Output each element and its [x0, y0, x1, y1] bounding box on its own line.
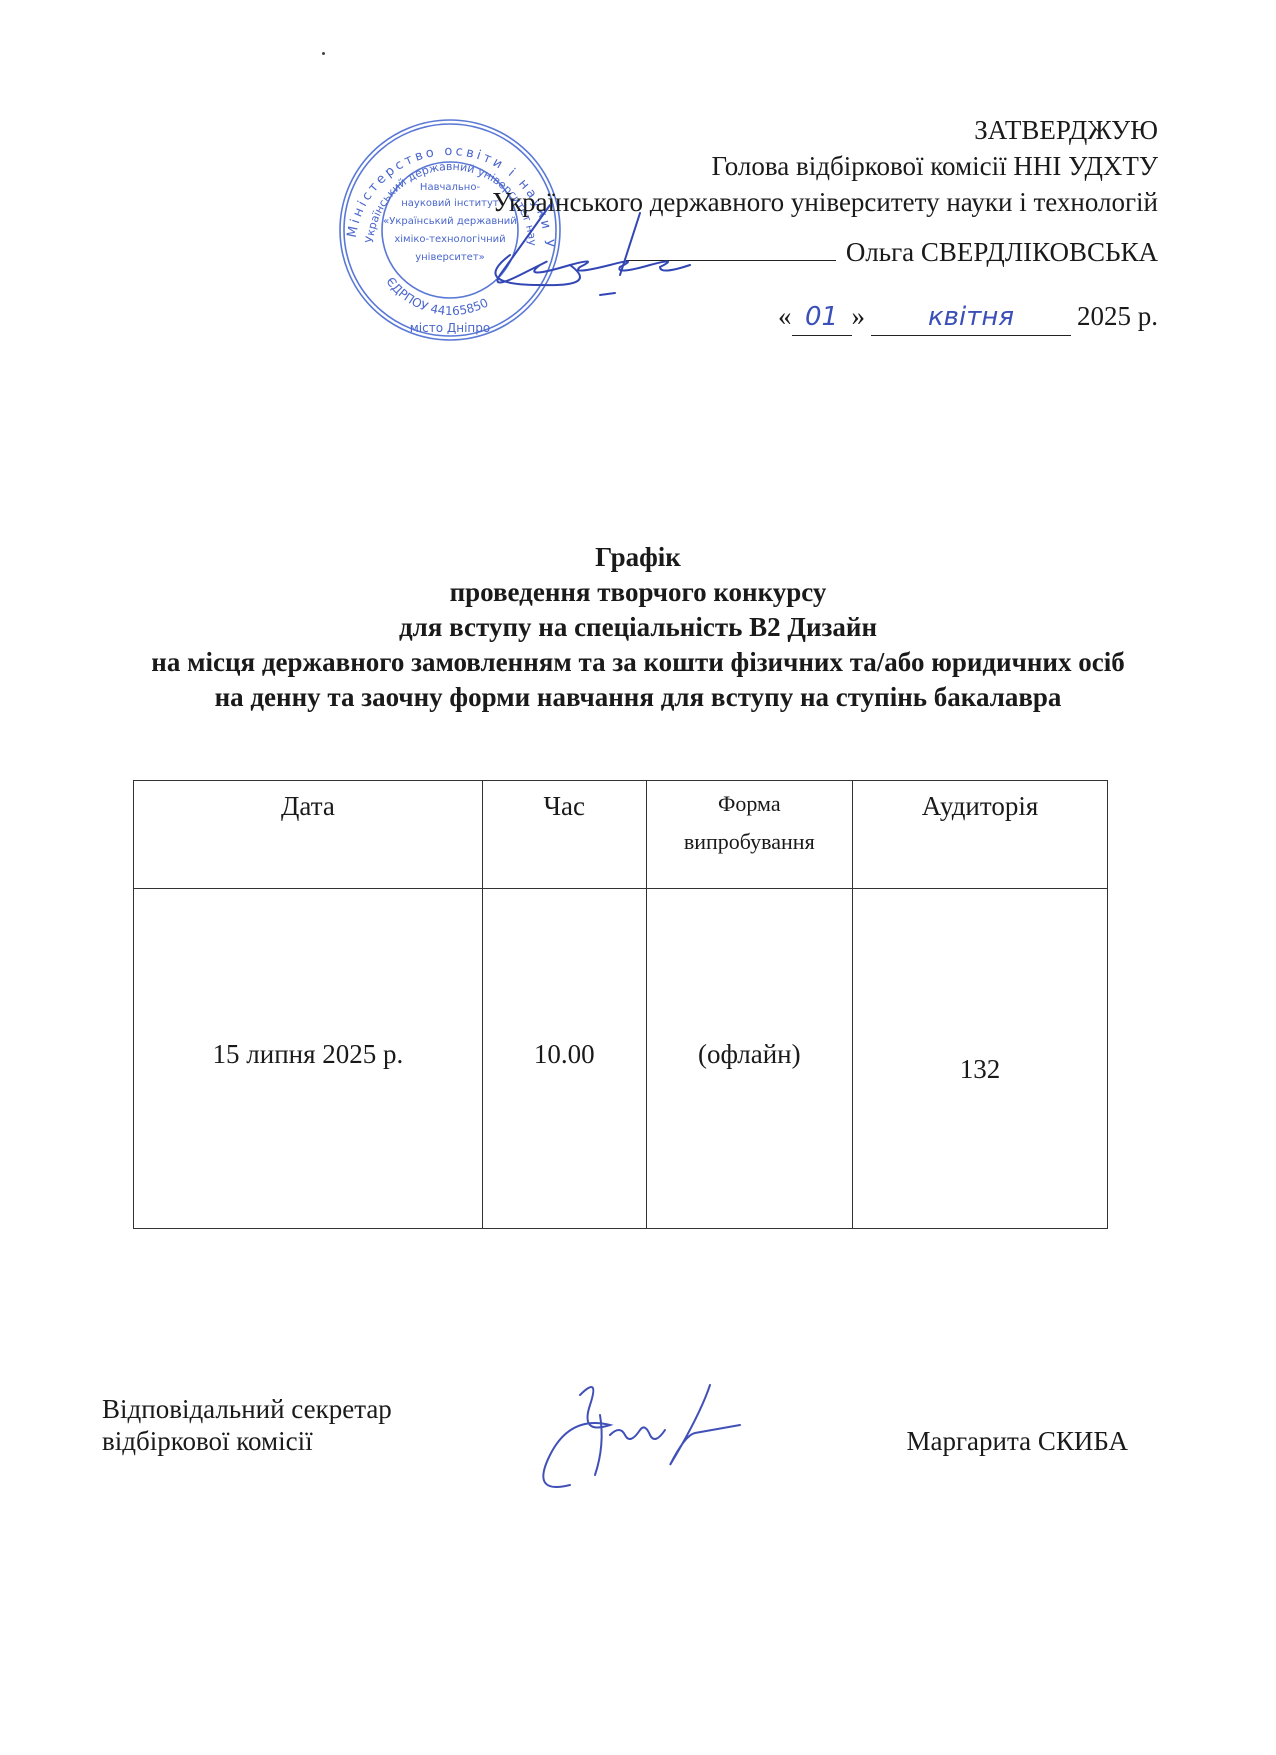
- header-time: Час: [482, 781, 646, 889]
- cell-time: 10.00: [482, 889, 646, 1229]
- scan-speck: [322, 52, 325, 55]
- date-open-quote: «: [778, 301, 792, 331]
- cell-form: (офлайн): [646, 889, 852, 1229]
- date-day-handwritten: 01: [792, 299, 852, 336]
- header-room: Аудиторія: [852, 781, 1107, 889]
- secretary-role: Відповідальний секретар відбіркової комі…: [102, 1393, 392, 1457]
- title-line3: для вступу на спеціальність В2 Дизайн: [0, 610, 1276, 645]
- date-month-handwritten: квітня: [871, 299, 1071, 336]
- header-date: Дата: [134, 781, 483, 889]
- document-title: Графік проведення творчого конкурсу для …: [0, 540, 1276, 715]
- svg-text:Навчально-: Навчально-: [420, 182, 481, 193]
- cell-room: 132: [852, 889, 1107, 1229]
- date-year: 2025 р.: [1077, 301, 1158, 331]
- table-row: 15 липня 2025 р. 10.00 (офлайн) 132: [134, 889, 1108, 1229]
- handwritten-signature-icon: [480, 195, 760, 305]
- approval-heading: ЗАТВЕРДЖУЮ: [492, 112, 1158, 148]
- title-line5: на денну та заочну форми навчання для вс…: [0, 680, 1276, 715]
- secretary-name: Маргарита СКИБА: [906, 1426, 1128, 1457]
- table-header-row: Дата Час Форма випробування Аудиторія: [134, 781, 1108, 889]
- header-form: Форма випробування: [646, 781, 852, 889]
- header-form-line1: Форма: [648, 785, 851, 823]
- header-form-line2: випробування: [648, 823, 851, 861]
- date-close-quote: »: [852, 301, 866, 331]
- title-line2: проведення творчого конкурсу: [0, 575, 1276, 610]
- approval-position-line1: Голова відбіркової комісії ННІ УДХТУ: [492, 148, 1158, 184]
- svg-text:місто Дніпро: місто Дніпро: [410, 321, 491, 335]
- schedule-table: Дата Час Форма випробування Аудиторія 15…: [133, 780, 1108, 1229]
- svg-text:університет»: університет»: [415, 251, 485, 263]
- approval-signatory-name: Ольга СВЕРДЛІКОВСЬКА: [846, 237, 1158, 267]
- secretary-signature-icon: [510, 1375, 770, 1505]
- title-line4: на місця державного замовленням та за ко…: [0, 645, 1276, 680]
- secretary-role-line2: відбіркової комісії: [102, 1425, 392, 1457]
- secretary-role-line1: Відповідальний секретар: [102, 1393, 392, 1425]
- cell-date: 15 липня 2025 р.: [134, 889, 483, 1229]
- title-line1: Графік: [0, 540, 1276, 575]
